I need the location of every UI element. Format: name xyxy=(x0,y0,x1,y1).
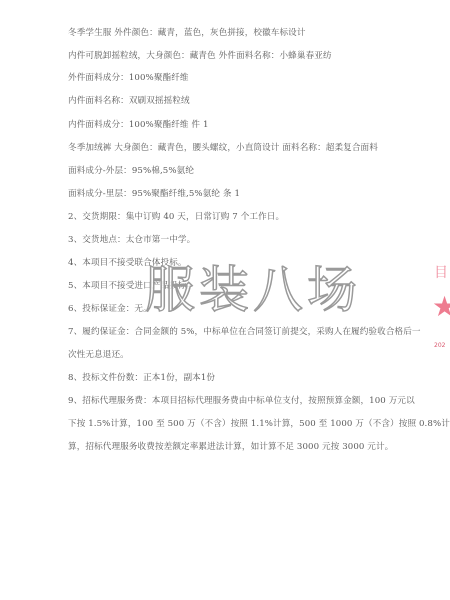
doc-line-8: 面料成分-里层：95%聚酯纤维,5%氨纶 条 1 xyxy=(68,189,240,200)
doc-line-3: 外件面料成分：100%聚酯纤维 xyxy=(68,73,189,84)
watermark-text: 服装八场 xyxy=(145,250,361,322)
red-seal-stamp: 目 ★ 202 xyxy=(428,248,450,358)
doc-line-18: 下按 1.5%计算，100 至 500 万（不含）按照 1.1%计算，500 至… xyxy=(68,419,450,430)
doc-line-6: 冬季加绒裤 大身颜色：藏青色，腰头螺纹，小直筒设计 面料名称：超柔复合面料 xyxy=(68,143,378,154)
star-icon: ★ xyxy=(432,290,450,323)
doc-line-10: 3、交货地点：太仓市第一中学。 xyxy=(68,235,195,246)
doc-line-16: 8、投标文件份数：正本1份，副本1份 xyxy=(68,373,215,384)
doc-line-1: 冬季学生服 外件颜色：藏青，蓝色，灰色拼接，校徽车标设计 xyxy=(68,28,306,39)
doc-line-5: 内件面料成分：100%聚酯纤维 件 1 xyxy=(68,120,209,131)
stamp-text: 目 xyxy=(434,262,448,282)
doc-line-7: 面料成分-外层：95%棉,5%氨纶 xyxy=(68,166,194,177)
stamp-year: 202 xyxy=(434,342,445,349)
doc-line-9: 2、交货期限：集中订购 40 天，日常订购 7 个工作日。 xyxy=(68,212,284,223)
doc-line-13: 6、投标保证金：无。 xyxy=(68,304,152,315)
doc-line-17: 9、招标代理服务费：本项目招标代理服务费由中标单位支付，按照预算金额，100 万… xyxy=(68,396,415,407)
doc-line-15: 次性无息退还。 xyxy=(68,350,129,361)
doc-line-2: 内件可脱卸摇粒绒，大身颜色：藏青色 外件面料名称：小蜂巢春亚纺 xyxy=(68,51,332,62)
doc-line-19: 算，招标代理服务收费按差额定率累进法计算，如计算不足 3000 元按 3000 … xyxy=(68,442,393,453)
doc-line-4: 内件面料名称：双刷双摇摇粒绒 xyxy=(68,96,190,107)
doc-line-14: 7、履约保证金：合同金额的 5%，中标单位在合同签订前提交，采购人在履约验收合格… xyxy=(68,327,421,338)
